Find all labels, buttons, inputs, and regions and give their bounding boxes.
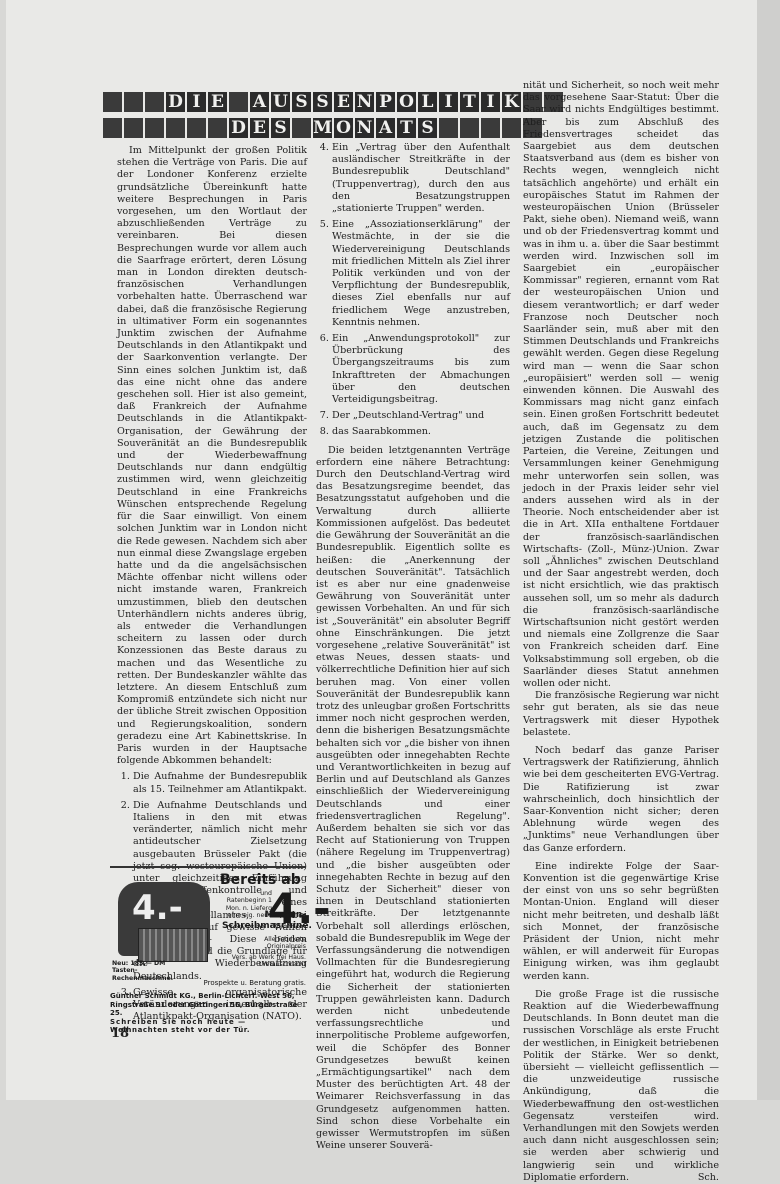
headline-letter-tile: S xyxy=(292,92,311,112)
list-item: das Saarabkommen. xyxy=(332,426,510,438)
ad-cta-1: Schreiben Sie noch heute — xyxy=(110,1018,306,1027)
headline-letter-tile: S xyxy=(313,92,332,112)
list-item: Ein „Vertrag über den Aufenthalt ausländ… xyxy=(332,142,510,215)
ad-info: Prospekte u. Beratung gratis. xyxy=(170,980,306,987)
ad-contact: Günther Schmidt KG., Berlin-Lichterf.-We… xyxy=(110,992,306,1035)
headline-line-1: DIEAUSSENPOLITIK xyxy=(103,92,508,112)
headline-letter-tile: A xyxy=(376,118,395,138)
headline-blank-tile xyxy=(145,118,164,138)
price-badge: 4.- xyxy=(132,888,183,928)
closing-text: Die große Frage ist die russische Reakti… xyxy=(523,989,719,1100)
headline-letter-tile: P xyxy=(376,92,395,112)
headline-blank-tile xyxy=(208,118,227,138)
body-paragraph: Die große Frage ist die russische Reakti… xyxy=(523,989,719,1100)
ad-all-makes: Alle Fabrikate Originalpreis xyxy=(250,936,306,951)
list-item: Der „Deutschland-Vertrag" und xyxy=(332,410,510,422)
headline-letter-tile: K xyxy=(502,92,521,112)
agreements-list-2: Ein „Vertrag über den Aufenthalt ausländ… xyxy=(316,142,510,439)
ad-company: Günther Schmidt KG., Berlin-Lichterf.-We… xyxy=(110,992,306,1018)
typewriter-keyboard-image xyxy=(138,928,208,962)
headline-letter-tile: D xyxy=(229,118,248,138)
typewriter-advertisement: 4.- Bereits ab 4.- und Ratenbeginn 1 Mon… xyxy=(110,866,306,1026)
headline-blank-tile xyxy=(292,118,311,138)
headline-line-2: DESMONATS xyxy=(103,118,508,138)
body-paragraph: nität und Sicherheit, so noch weit mehr … xyxy=(523,80,719,690)
page-edge xyxy=(757,0,780,1100)
page-number: 18 xyxy=(111,1026,129,1041)
headline-letter-tile: I xyxy=(187,92,206,112)
headline-letter-tile: S xyxy=(271,118,290,138)
intro-paragraph: Im Mittelpunkt der großen Politik stehen… xyxy=(117,145,307,767)
body-paragraph: Die beiden letztgenannten Verträge erfor… xyxy=(316,445,510,1100)
list-item: Die Aufnahme der Bundesrepublik als 15. … xyxy=(133,771,307,795)
headline-letter-tile: O xyxy=(397,92,416,112)
headline-letter-tile: E xyxy=(208,92,227,112)
article-column-2: Ein „Vertrag über den Aufenthalt ausländ… xyxy=(316,142,510,1100)
headline-blank-tile xyxy=(103,92,122,112)
headline-blank-tile xyxy=(145,92,164,112)
headline-banner: DIEAUSSENPOLITIK DESMONATS xyxy=(103,92,508,144)
article-column-3: nität und Sicherheit, so noch weit mehr … xyxy=(523,80,719,1100)
headline-letter-tile: O xyxy=(334,118,353,138)
headline-letter-tile: N xyxy=(355,118,374,138)
body-paragraph: Die französische Regierung war nicht seh… xyxy=(523,690,719,739)
headline-letter-tile: U xyxy=(271,92,290,112)
ad-brand: Marken-Schreibmaschine. xyxy=(222,910,306,932)
headline-blank-tile xyxy=(124,92,143,112)
headline-blank-tile xyxy=(481,118,500,138)
ad-new-calculator: Neu: 185,— DM Tasten-Rechenmaschine. xyxy=(112,960,172,982)
headline-letter-tile: T xyxy=(397,118,416,138)
headline-blank-tile xyxy=(103,118,122,138)
body-paragraph: Eine indirekte Folge der Saar-Konvention… xyxy=(523,861,719,983)
headline-blank-tile xyxy=(439,118,458,138)
headline-letter-tile: M xyxy=(313,118,332,138)
headline-letter-tile: S xyxy=(418,118,437,138)
headline-letter-tile: I xyxy=(481,92,500,112)
headline-letter-tile: E xyxy=(334,92,353,112)
headline-letter-tile: D xyxy=(166,92,185,112)
headline-blank-tile xyxy=(166,118,185,138)
headline-letter-tile: A xyxy=(250,92,269,112)
headline-letter-tile: T xyxy=(460,92,479,112)
headline-letter-tile: L xyxy=(418,92,437,112)
headline-blank-tile xyxy=(187,118,206,138)
headline-blank-tile xyxy=(124,118,143,138)
headline-blank-tile xyxy=(460,118,479,138)
body-paragraph: Noch bedarf das ganze Pariser Vertragswe… xyxy=(523,745,719,855)
ad-shipping: Vers. ab Werk frei Haus. Umtauschrecht xyxy=(220,954,306,969)
headline-blank-tile xyxy=(502,118,521,138)
headline-letter-tile: N xyxy=(355,92,374,112)
headline-blank-tile xyxy=(229,92,248,112)
list-item: Eine „Assoziationserklärung" der Westmäc… xyxy=(332,219,510,329)
ad-cta-2: Weihnachten steht vor der Tür. xyxy=(110,1026,306,1035)
list-item: Ein „Anwendungsprotokoll" zur Überbrücku… xyxy=(332,333,510,406)
headline-letter-tile: I xyxy=(439,92,458,112)
headline-letter-tile: E xyxy=(250,118,269,138)
